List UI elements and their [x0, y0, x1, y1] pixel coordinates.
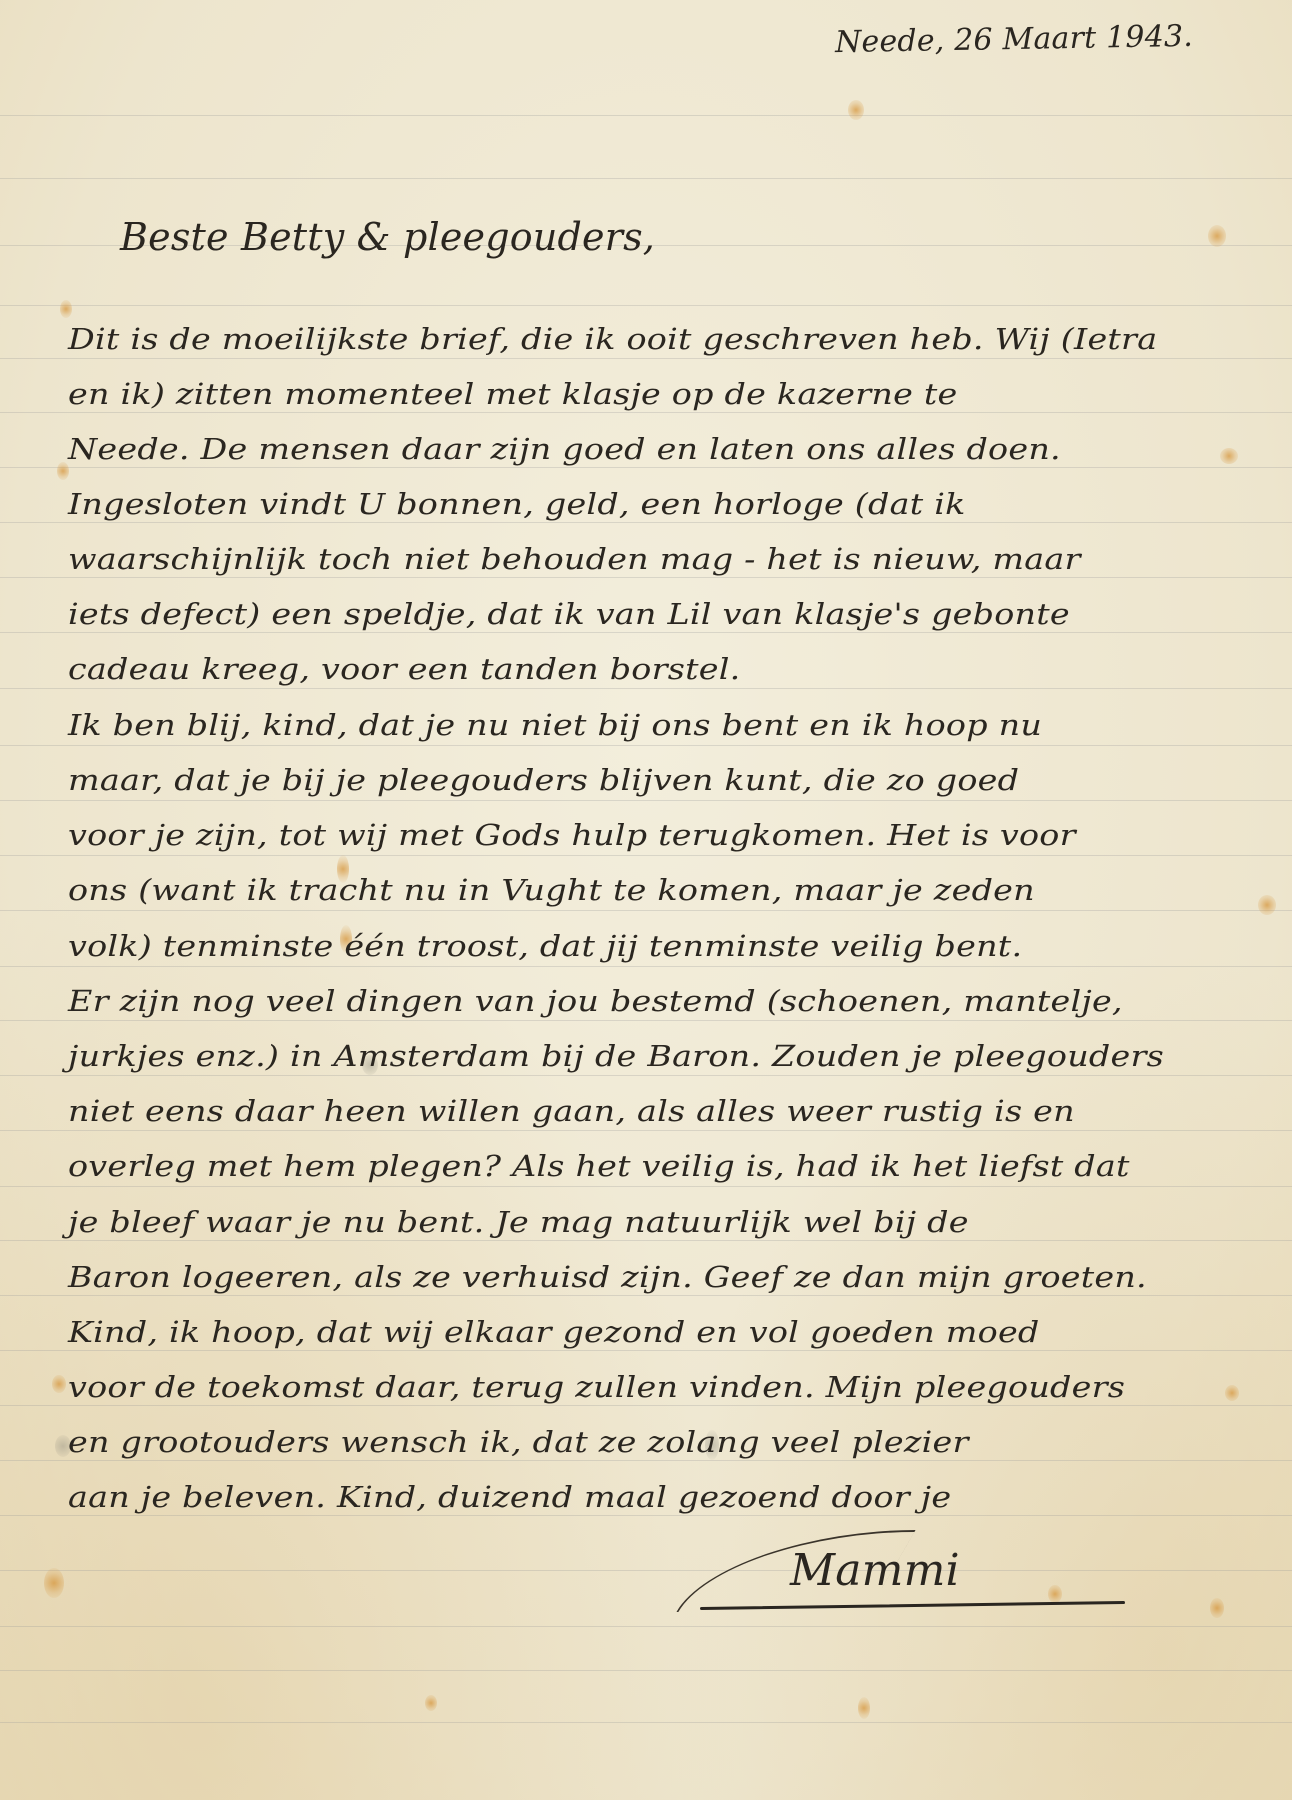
- letter-line: voor je zijn, tot wij met Gods hulp teru…: [68, 818, 1076, 852]
- letter-line: Neede. De mensen daar zijn goed en laten…: [68, 432, 1061, 466]
- ruled-line: [0, 1722, 1292, 1723]
- foxing-spot: [1210, 1598, 1224, 1618]
- foxing-spot: [848, 100, 864, 120]
- foxing-spot: [1208, 225, 1226, 247]
- ruled-line: [0, 1405, 1292, 1406]
- ruled-line: [0, 1186, 1292, 1187]
- ruled-line: [0, 577, 1292, 578]
- foxing-spot: [858, 1697, 870, 1719]
- place-date: Neede, 26 Maart 1943.: [835, 19, 1194, 60]
- letter-line: Er zijn nog veel dingen van jou bestemd …: [68, 984, 1123, 1018]
- ruled-line: [0, 632, 1292, 633]
- foxing-spot: [1220, 448, 1238, 464]
- foxing-spot: [44, 1568, 64, 1598]
- ruled-line: [0, 800, 1292, 801]
- ruled-line: [0, 178, 1292, 179]
- ruled-line: [0, 1460, 1292, 1461]
- ruled-line: [0, 1626, 1292, 1627]
- letter-line: en ik) zitten momenteel met klasje op de…: [68, 377, 958, 411]
- ruled-line: [0, 910, 1292, 911]
- ruled-line: [0, 966, 1292, 967]
- ruled-line: [0, 688, 1292, 689]
- letter-line: Dit is de moeilijkste brief, die ik ooit…: [68, 322, 1157, 356]
- signature: Mammi: [790, 1545, 960, 1596]
- letter-line: niet eens daar heen willen gaan, als all…: [68, 1094, 1075, 1128]
- letter-page: Neede, 26 Maart 1943. Beste Betty & plee…: [0, 0, 1292, 1800]
- letter-line: ons (want ik tracht nu in Vught te komen…: [68, 873, 1035, 907]
- letter-line: Kind, ik hoop, dat wij elkaar gezond en …: [68, 1315, 1040, 1349]
- foxing-spot: [1225, 1385, 1239, 1401]
- ruled-line: [0, 467, 1292, 468]
- letter-line: je bleef waar je nu bent. Je mag natuurl…: [68, 1205, 969, 1239]
- letter-line: aan je beleven. Kind, duizend maal gezoe…: [68, 1480, 951, 1514]
- ruled-line: [0, 115, 1292, 116]
- letter-line: volk) tenminste één troost, dat jij tenm…: [68, 929, 1022, 963]
- letter-line: Ingesloten vindt U bonnen, geld, een hor…: [68, 487, 966, 521]
- foxing-spot: [60, 300, 72, 318]
- ruled-line: [0, 522, 1292, 523]
- foxing-spot: [425, 1695, 437, 1711]
- letter-line: iets defect) een speldje, dat ik van Lil…: [68, 597, 1070, 631]
- salutation: Beste Betty & pleegouders,: [120, 215, 655, 259]
- foxing-spot: [52, 1375, 66, 1393]
- foxing-spot: [1048, 1585, 1062, 1603]
- ruled-line: [0, 1670, 1292, 1671]
- letter-line: cadeau kreeg, voor een tanden borstel.: [68, 652, 740, 686]
- ruled-line: [0, 745, 1292, 746]
- letter-line: waarschijnlijk toch niet behouden mag - …: [68, 542, 1081, 576]
- letter-line: maar, dat je bij je pleegouders blijven …: [68, 763, 1019, 797]
- letter-line: Ik ben blij, kind, dat je nu niet bij on…: [68, 708, 1042, 742]
- ruled-line: [0, 358, 1292, 359]
- ruled-line: [0, 1020, 1292, 1021]
- ruled-line: [0, 1295, 1292, 1296]
- ruled-line: [0, 1570, 1292, 1571]
- letter-line: Baron logeeren, als ze verhuisd zijn. Ge…: [68, 1260, 1147, 1294]
- ruled-line: [0, 412, 1292, 413]
- letter-line: voor de toekomst daar, terug zullen vind…: [68, 1370, 1125, 1404]
- ruled-line: [0, 1130, 1292, 1131]
- ruled-line: [0, 855, 1292, 856]
- letter-line: overleg met hem plegen? Als het veilig i…: [68, 1149, 1130, 1183]
- letter-line: en grootouders wensch ik, dat ze zolang …: [68, 1425, 969, 1459]
- letter-line: jurkjes enz.) in Amsterdam bij de Baron.…: [68, 1039, 1164, 1073]
- ruled-line: [0, 1350, 1292, 1351]
- ruled-line: [0, 1515, 1292, 1516]
- ruled-line: [0, 305, 1292, 306]
- ruled-line: [0, 1075, 1292, 1076]
- foxing-spot: [1258, 895, 1276, 915]
- ruled-line: [0, 1240, 1292, 1241]
